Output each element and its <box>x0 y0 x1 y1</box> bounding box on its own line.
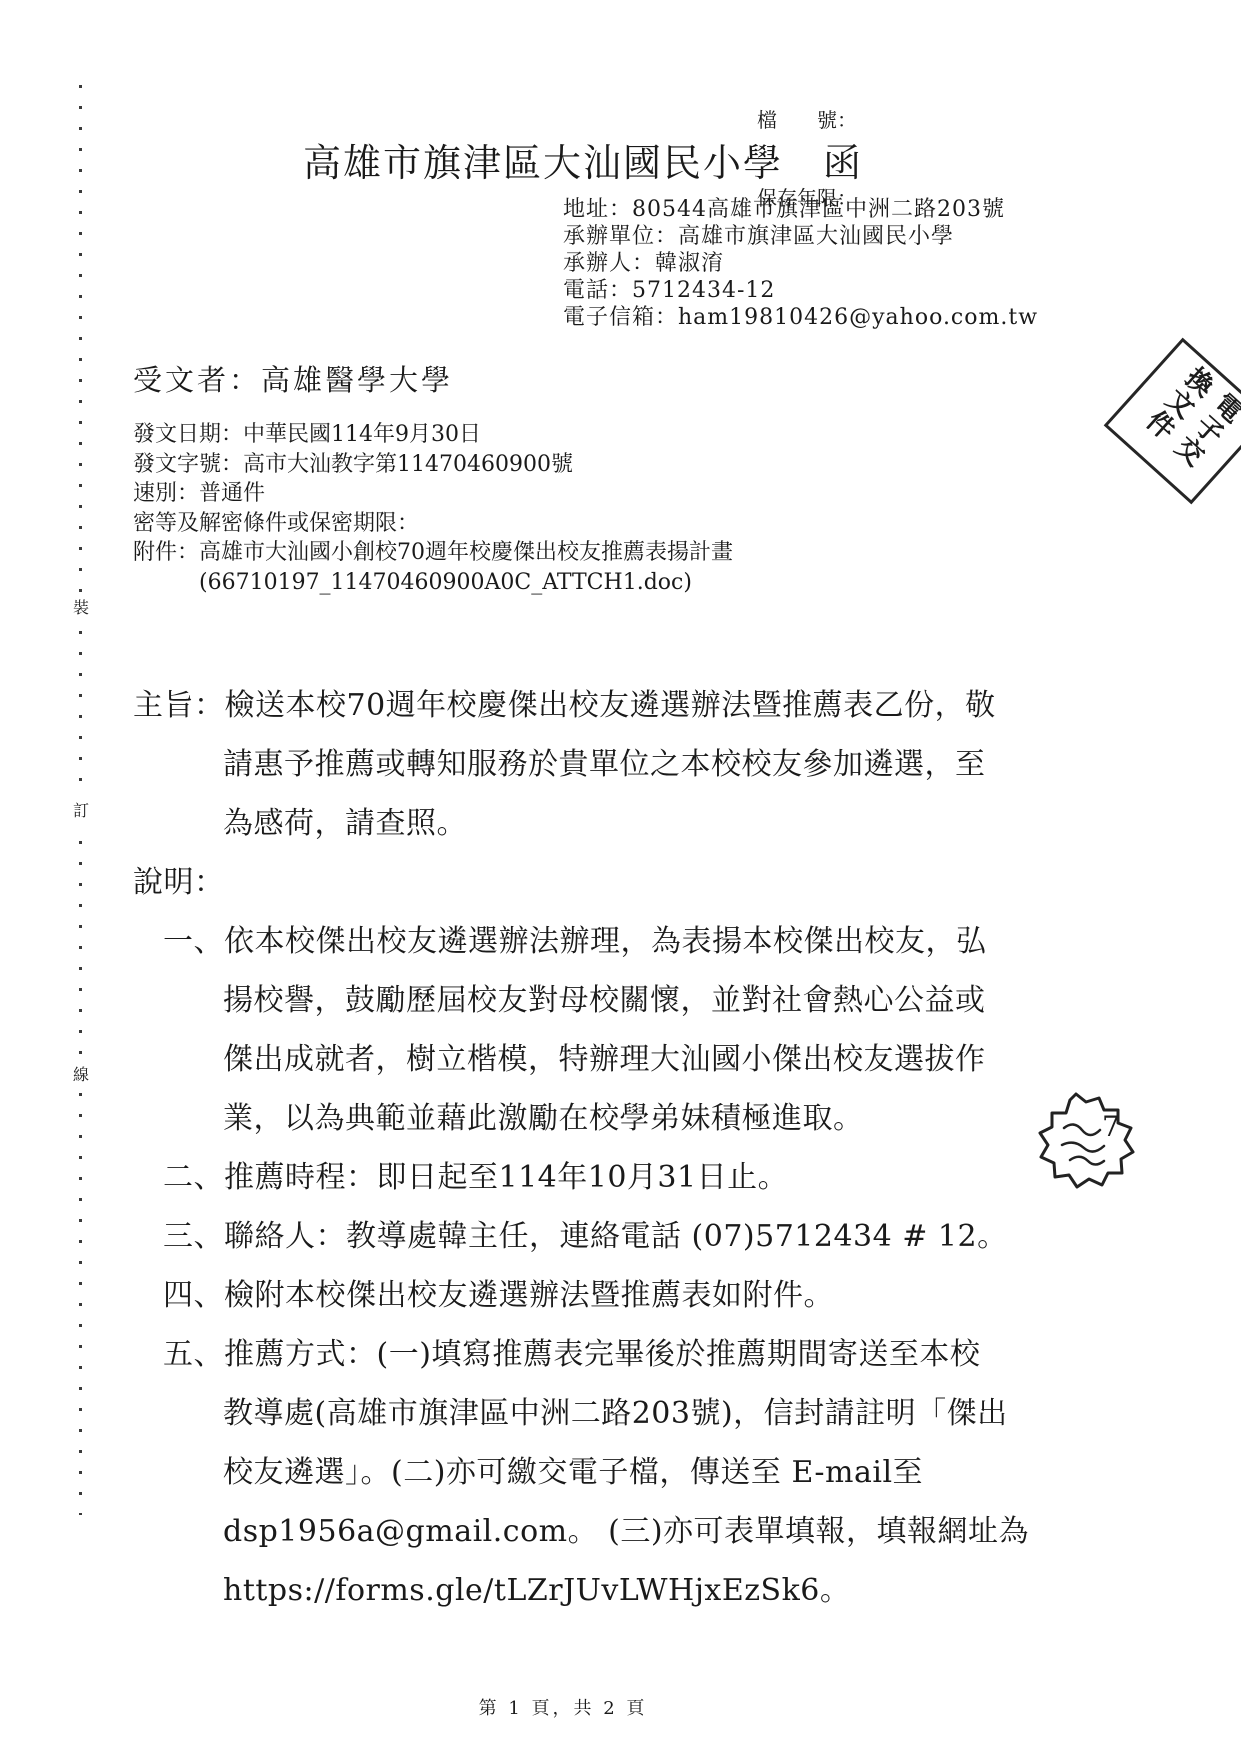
explanation-item-2-line: 二、推薦時程：即日起至114年10月31日止。 <box>163 1148 1033 1207</box>
seal-outline-icon <box>1036 1090 1241 1190</box>
attachment-line: 附件：高雄市大汕國小創校70週年校慶傑出校友推薦表揚計畫 <box>133 538 733 568</box>
document-title: 高雄市旗津區大汕國民小學 函 <box>303 132 863 187</box>
explanation-item-5-line: 校友遴選」。(二)亦可繳交電子檔，傳送至 E-mail至 <box>223 1443 1033 1502</box>
subject-line: 為感荷，請查照。 <box>223 794 1033 853</box>
subject-line: 主旨：檢送本校70週年校慶傑出校友遴選辦法暨推薦表乙份，敬 <box>133 676 1033 735</box>
explanation-item-5-line: dsp1956a@gmail.com。 (三)亦可表單填報，填報網址為 <box>223 1502 1033 1561</box>
page-footer: 第 1 頁，共 2 頁 <box>133 1694 993 1720</box>
sender-email: 電子信箱：ham19810426@yahoo.com.tw <box>563 304 1038 331</box>
explanation-item-1-line: 業，以為典範並藉此激勵在校學弟妹積極進取。 <box>223 1089 1033 1148</box>
file-no-label: 檔 號： <box>757 107 857 133</box>
electronic-exchange-stamp: 電子交換文件 <box>1104 338 1241 505</box>
official-seal-stamp <box>1036 1090 1241 1194</box>
explanation-item-5-line: https://forms.gle/tLZrJUvLWHjxEzSk6。 <box>223 1561 1033 1620</box>
explanation-item-5-line: 教導處(高雄市旗津區中洲二路203號)，信封請註明「傑出 <box>223 1384 1033 1443</box>
explanation-item-1-line: 傑出成就者，樹立楷模，特辦理大汕國小傑出校友選拔作 <box>223 1030 1033 1089</box>
explanation-item-3-line: 三、聯絡人：教導處韓主任，連絡電話 (07)5712434 # 12。 <box>163 1207 1033 1266</box>
explanation-item-1-line: 一、依本校傑出校友遴選辦法辦理，為表揚本校傑出校友，弘 <box>163 912 1033 971</box>
sender-info-block: 地址：80544高雄市旗津區中洲二路203號 承辦單位：高雄市旗津區大汕國民小學… <box>563 196 1038 331</box>
sender-contact: 承辦人：韓淑淯 <box>563 250 1038 277</box>
binding-mark-ding: 訂 <box>70 799 92 823</box>
electronic-exchange-stamp-text: 電子交換文件 <box>1123 356 1241 485</box>
recipient-line: 受文者：高雄醫學大學 <box>133 358 453 399</box>
sender-unit: 承辦單位：高雄市旗津區大汕國民小學 <box>563 223 1038 250</box>
binding-mark-xian: 線 <box>70 1063 92 1087</box>
seal-number: 7 <box>1102 1110 1120 1143</box>
speed-class: 速別：普通件 <box>133 479 733 509</box>
binding-mark-zhuang: 裝 <box>70 596 92 620</box>
explanation-item-1-line: 揚校譽，鼓勵歷屆校友對母校關懷，並對社會熱心公益或 <box>223 971 1033 1030</box>
explanation-heading: 說明： <box>133 853 1033 912</box>
security-class: 密等及解密條件或保密期限： <box>133 509 733 539</box>
attachment-filename: (66710197_11470460900A0C_ATTCH1.doc) <box>199 568 733 598</box>
issue-date: 發文日期：中華民國114年9月30日 <box>133 420 733 450</box>
sender-address: 地址：80544高雄市旗津區中洲二路203號 <box>563 196 1038 223</box>
explanation-item-5-line: 五、推薦方式：(一)填寫推薦表完畢後於推薦期間寄送至本校 <box>163 1325 1033 1384</box>
sender-phone: 電話：5712434-12 <box>563 277 1038 304</box>
subject-line: 請惠予推薦或轉知服務於貴單位之本校校友參加遴選，至 <box>223 735 1033 794</box>
letter-body: 主旨：檢送本校70週年校慶傑出校友遴選辦法暨推薦表乙份，敬 請惠予推薦或轉知服務… <box>133 676 1033 1620</box>
explanation-item-4-line: 四、檢附本校傑出校友遴選辦法暨推薦表如附件。 <box>163 1266 1033 1325</box>
document-meta-block: 發文日期：中華民國114年9月30日 發文字號：高市大汕教字第114704609… <box>133 420 733 597</box>
doc-number: 發文字號：高市大汕教字第11470460900號 <box>133 450 733 480</box>
document-page: 裝 訂 線 檔 號： 保存年限： 高雄市旗津區大汕國民小學 函 地址：80544… <box>0 0 1241 1754</box>
